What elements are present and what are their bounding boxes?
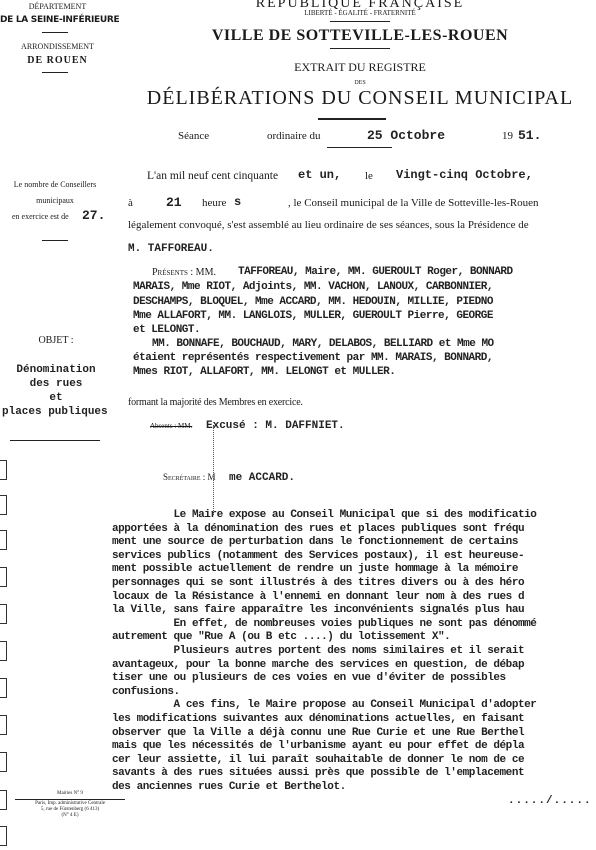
footer-printer-line3: (N° 4 E) bbox=[15, 813, 125, 818]
punch-hole bbox=[0, 530, 7, 550]
preamble-heure: heure bbox=[202, 197, 226, 209]
punch-hole bbox=[0, 752, 7, 772]
department-label: DÉPARTEMENT bbox=[0, 2, 115, 11]
footer-model: Mairies N° 9 bbox=[15, 791, 125, 796]
body-line: confusions. bbox=[112, 686, 180, 698]
body-line: des anciennes rues Curie et Berthelot. bbox=[112, 781, 346, 793]
president: M. TAFFOREAU. bbox=[128, 243, 214, 255]
preamble-a: à bbox=[128, 197, 133, 209]
body-line: savants à des rues situées aussi près qu… bbox=[112, 767, 524, 779]
objet-line: places publiques bbox=[2, 406, 108, 418]
session-year-prefix: 19 bbox=[502, 130, 513, 142]
session-date: 25 Octobre bbox=[367, 128, 445, 143]
presents-line: TAFFOREAU, Maire, MM. GUEROULT Roger, BO… bbox=[238, 266, 513, 278]
presents-line: MARAIS, Mme RIOT, Adjoints, MM. VACHON, … bbox=[133, 281, 493, 293]
preamble-heure-suffix: s bbox=[234, 195, 241, 209]
continuation-mark: ...../..... bbox=[508, 795, 592, 807]
objet-line: Dénomination bbox=[0, 364, 112, 376]
session-label: Séance bbox=[178, 130, 209, 142]
body-line: services publics (notamment des Services… bbox=[112, 550, 524, 562]
arrondissement-label: ARRONDISSEMENT bbox=[0, 42, 115, 51]
majority-text: formant la majorité des Membres en exerc… bbox=[128, 397, 303, 408]
secretary-label: Secrétaire : M bbox=[163, 472, 216, 482]
divider bbox=[318, 118, 386, 120]
body-line: la Ville, sans faire apparaître les inco… bbox=[112, 604, 524, 616]
divider bbox=[10, 440, 100, 441]
body-line: A ces fins, le Maire propose au Conseil … bbox=[112, 699, 536, 711]
department-name: DE LA SEINE-INFÉRIEURE bbox=[0, 15, 115, 25]
deliberations-title: DÉLIBÉRATIONS DU CONSEIL MUNICIPAL bbox=[140, 87, 580, 110]
represented-line: Mmes RIOT, ALLAFORT, MM. LELONGT et MULL… bbox=[133, 366, 395, 378]
presents-label: Présents : MM. bbox=[152, 267, 216, 278]
punch-hole bbox=[0, 790, 7, 810]
council-count-line1: Le nombre de Conseillers bbox=[0, 180, 110, 189]
ornament-divider bbox=[330, 48, 390, 49]
des-label: DES bbox=[170, 80, 550, 86]
punch-hole bbox=[0, 678, 7, 698]
preamble-line1: L'an mil neuf cent cinquante bbox=[147, 170, 278, 182]
footer-printer-line2: 5, rue de Fürstenberg (6 413) bbox=[15, 807, 125, 812]
represented-line: étaient représentés respectivement par M… bbox=[133, 352, 493, 364]
body-line: apportées à la dénomination des rues et … bbox=[112, 523, 524, 535]
punch-hole bbox=[0, 460, 7, 480]
represented-line: MM. BONNAFE, BOUCHAUD, MARY, DELABOS, BE… bbox=[152, 338, 494, 350]
body-line: Plusieurs autres portent des noms simila… bbox=[112, 645, 524, 657]
preamble-year-typed: et un, bbox=[298, 168, 341, 182]
body-line: ment une source de perturbation dans le … bbox=[112, 536, 518, 548]
body-line: observer que la Ville a déjà connu une R… bbox=[112, 727, 524, 739]
body-line: Le Maire expose au Conseil Municipal que… bbox=[112, 509, 536, 521]
presents-line: Mme ALLAFORT, MM. LANGLOIS, MULLER, GUER… bbox=[133, 310, 493, 322]
objet-line: des rues bbox=[0, 378, 112, 390]
extract-title: EXTRAIT DU REGISTRE bbox=[170, 60, 550, 75]
punch-hole bbox=[0, 567, 7, 587]
body-line: mais que les nécessités de l'urbanisme a… bbox=[112, 740, 524, 752]
divider bbox=[42, 32, 68, 33]
secretary-typed: me ACCARD. bbox=[229, 472, 295, 484]
punch-hole bbox=[0, 715, 7, 735]
arrondissement-name: DE ROUEN bbox=[0, 55, 115, 66]
council-count-value: 27. bbox=[82, 208, 105, 223]
absents-typed: Excusé : M. DAFFNIET. bbox=[206, 420, 345, 432]
fold-line bbox=[213, 425, 214, 515]
body-line: En effet, de nombreuses voies publiques … bbox=[112, 618, 536, 630]
council-count-line3: en exercice est de bbox=[12, 212, 69, 221]
body-line: autrement que "Rue A (ou B etc ....) du … bbox=[112, 631, 450, 643]
preamble-le: le bbox=[365, 170, 373, 182]
divider bbox=[42, 240, 68, 241]
council-count-line2: municipaux bbox=[0, 196, 110, 205]
divider bbox=[15, 799, 125, 800]
preamble-line3: légalement convoqué, s'est assemblé au l… bbox=[128, 219, 529, 231]
preamble-hour: 21 bbox=[166, 195, 182, 210]
body-line: les modifications suivantes aux dénomina… bbox=[112, 713, 524, 725]
absents-label: Absents : MM. bbox=[150, 422, 192, 430]
punch-hole bbox=[0, 826, 7, 846]
preamble-council: , le Conseil municipal de la Ville de So… bbox=[288, 197, 539, 209]
body-line: locaux de la Résistance à l'ennemi en do… bbox=[112, 591, 524, 603]
objet-line: et bbox=[0, 392, 112, 404]
session-year-suffix: 51. bbox=[518, 128, 541, 143]
objet-label: OBJET : bbox=[0, 335, 112, 346]
divider bbox=[330, 21, 390, 22]
punch-hole bbox=[0, 604, 7, 624]
body-line: tiser une ou plusieurs de ces voies en v… bbox=[112, 672, 506, 684]
punch-hole bbox=[0, 495, 7, 515]
punch-hole bbox=[0, 641, 7, 661]
body-line: ment possible actuellement de rendre un … bbox=[112, 563, 518, 575]
presents-line: et LELONGT. bbox=[133, 324, 200, 336]
republic-motto: LIBERTÉ - ÉGALITÉ - FRATERNITÉ bbox=[190, 9, 530, 17]
divider bbox=[42, 72, 68, 73]
city-title: VILLE DE SOTTEVILLE-LES-ROUEN bbox=[170, 27, 550, 45]
session-type: ordinaire du bbox=[267, 130, 320, 142]
divider bbox=[327, 147, 392, 148]
body-line: cer leur assiette, il lui paraît souhait… bbox=[112, 754, 524, 766]
preamble-date-typed: Vingt-cinq Octobre, bbox=[396, 168, 533, 182]
body-line: avantageux, pour la bonne marche des ser… bbox=[112, 659, 524, 671]
body-line: personnages qui se sont illustrés à des … bbox=[112, 577, 524, 589]
presents-line: DESCHAMPS, BLOQUEL, Mme ACCARD, MM. HEDO… bbox=[133, 296, 493, 308]
footer-printer-line1: Paris, Imp. administrative Centrale bbox=[15, 801, 125, 806]
